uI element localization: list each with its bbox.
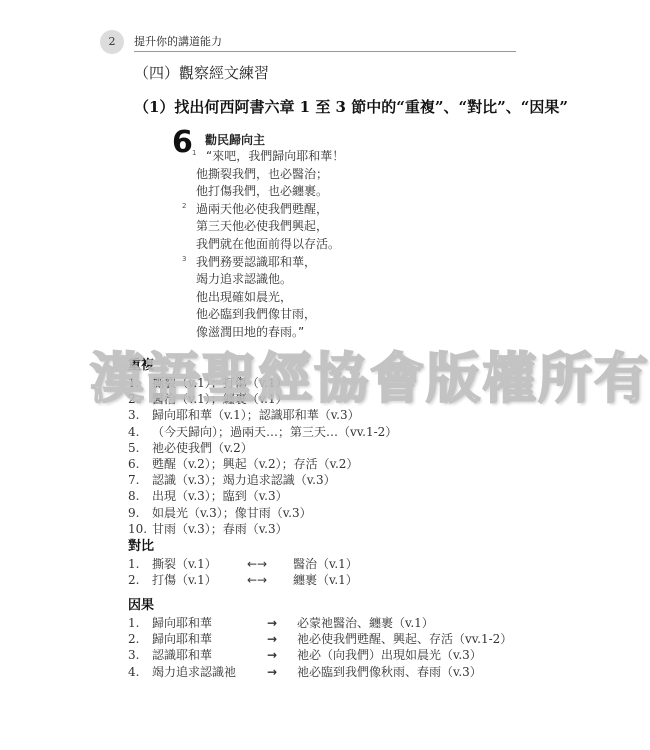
list-item: 5.祂必使我們（v.2） — [128, 440, 397, 456]
question-heading: （1）找出何西阿書六章 1 至 3 節中的“重複”、“對比”、“因果” — [134, 96, 568, 117]
list-item: 6.甦醒（v.2）；興起（v.2）；存活（v.2） — [128, 456, 397, 472]
scripture-passage: 1“來吧，我們歸向耶和華！ 他撕裂我們，也必醫治； 他打傷我們，也必纏裹。 2過… — [186, 148, 344, 342]
contrast-heading: 對比 — [128, 538, 358, 556]
cause-effect-heading: 因果 — [128, 597, 512, 615]
list-item: 4.（今天歸向）；過兩天…；第三天…（vv.1-2） — [128, 424, 397, 440]
right-arrow-icon: → — [267, 647, 297, 663]
double-arrow-icon: ←→ — [247, 572, 293, 588]
list-item: 1.歸向耶和華→必蒙祂醫治、纏裹（v.1） — [128, 615, 512, 631]
cause-effect-list: 因果 1.歸向耶和華→必蒙祂醫治、纏裹（v.1） 2.歸向耶和華→祂必使我們甦醒… — [128, 597, 512, 680]
right-arrow-icon: → — [267, 615, 297, 631]
running-title: 提升你的講道能力 — [134, 33, 222, 49]
list-item: 1.撕裂（v.1）←→醫治（v.1） — [128, 556, 358, 572]
passage-line: 他撕裂我們，也必醫治； — [186, 166, 344, 184]
section-title: （四）觀察經文練習 — [134, 62, 269, 83]
passage-line: 竭力追求認識他。 — [186, 271, 344, 289]
passage-heading: 勸民歸向主 — [205, 131, 265, 148]
verse-number: 1 — [192, 145, 196, 163]
passage-line: 3我們務要認識耶和華， — [186, 254, 344, 272]
verse-number: 3 — [182, 251, 186, 269]
page-number: 2 — [100, 30, 124, 54]
double-arrow-icon: ←→ — [247, 556, 293, 572]
list-item: 8.出現（v.3）；臨到（v.3） — [128, 488, 397, 504]
page-header: 2 提升你的講道能力 — [96, 30, 516, 56]
passage-line: 他出現確如晨光， — [186, 289, 344, 307]
passage-line: 他必臨到我們像甘雨， — [186, 306, 344, 324]
passage-line: 1“來吧，我們歸向耶和華！ — [186, 148, 344, 166]
list-item: 9.如晨光（v.3）；像甘雨（v.3） — [128, 505, 397, 521]
list-item: 10.甘雨（v.3）；春雨（v.3） — [128, 521, 397, 537]
passage-line: 他打傷我們，也必纏裹。 — [186, 183, 344, 201]
list-item: 4.竭力追求認識祂→祂必臨到我們像秋雨、春雨（v.3） — [128, 664, 512, 680]
passage-line: 我們就在他面前得以存活。 — [186, 236, 344, 254]
header-rule — [134, 51, 516, 52]
right-arrow-icon: → — [267, 664, 297, 680]
list-item: 3.認識耶和華→祂必（向我們）出現如晨光（v.3） — [128, 647, 512, 663]
list-item: 2.打傷（v.1）←→纏裹（v.1） — [128, 572, 358, 588]
passage-line: 2過兩天他必使我們甦醒， — [186, 201, 344, 219]
contrast-list: 對比 1.撕裂（v.1）←→醫治（v.1） 2.打傷（v.1）←→纏裹（v.1） — [128, 538, 358, 588]
right-arrow-icon: → — [267, 631, 297, 647]
passage-line: 第三天他必使我們興起， — [186, 218, 344, 236]
copyright-watermark: 漢語聖經協會版權所有 — [90, 336, 650, 413]
list-item: 7.認識（v.3）；竭力追求認識（v.3） — [128, 472, 397, 488]
list-item: 2.歸向耶和華→祂必使我們甦醒、興起、存活（vv.1-2） — [128, 631, 512, 647]
verse-number: 2 — [182, 198, 186, 216]
